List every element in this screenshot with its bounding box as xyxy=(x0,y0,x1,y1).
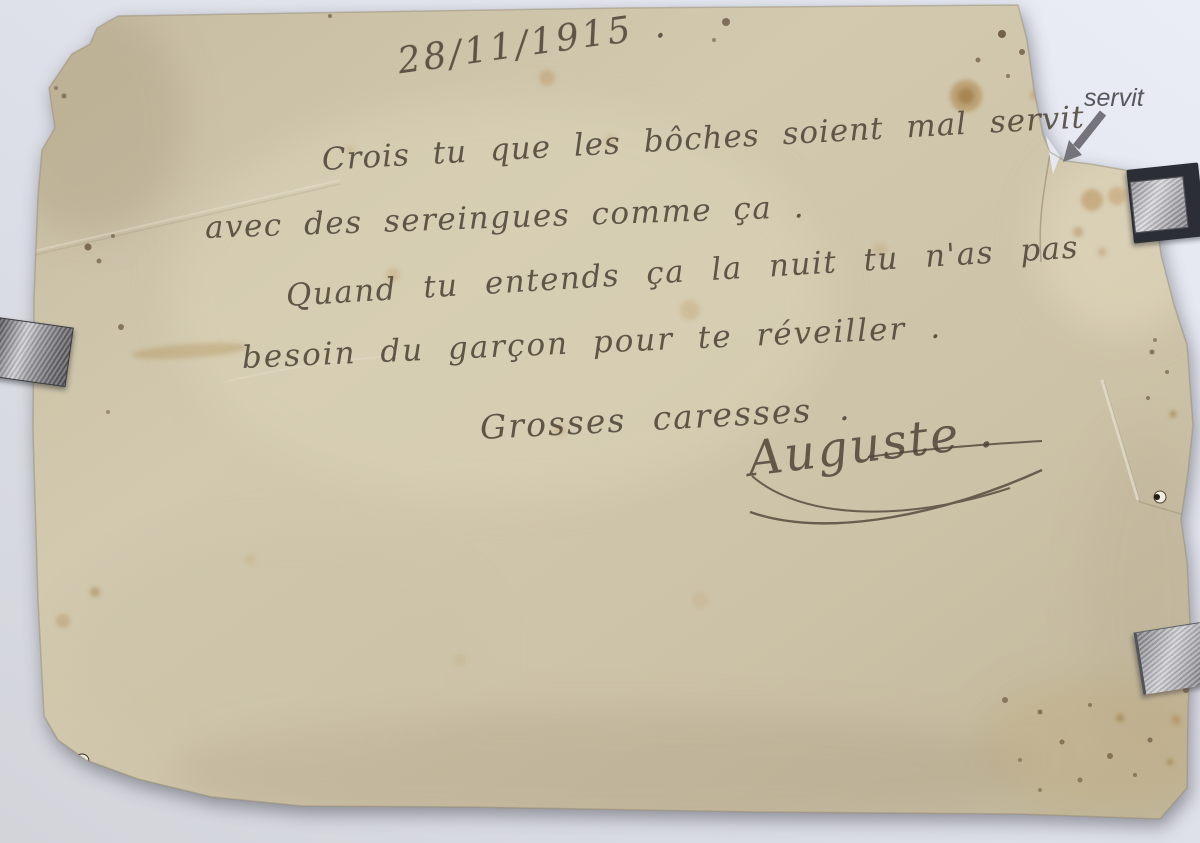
annotation-servit-label: servit xyxy=(1084,84,1144,113)
photo-of-letter: 28/11/1915 . Crois tu que les bôches soi… xyxy=(0,0,1200,843)
metal-clip-right-top xyxy=(1126,162,1200,243)
metal-clip-left xyxy=(0,317,74,387)
metal-clip-right-bottom xyxy=(1133,622,1200,695)
metal-clip-face xyxy=(1130,176,1189,233)
